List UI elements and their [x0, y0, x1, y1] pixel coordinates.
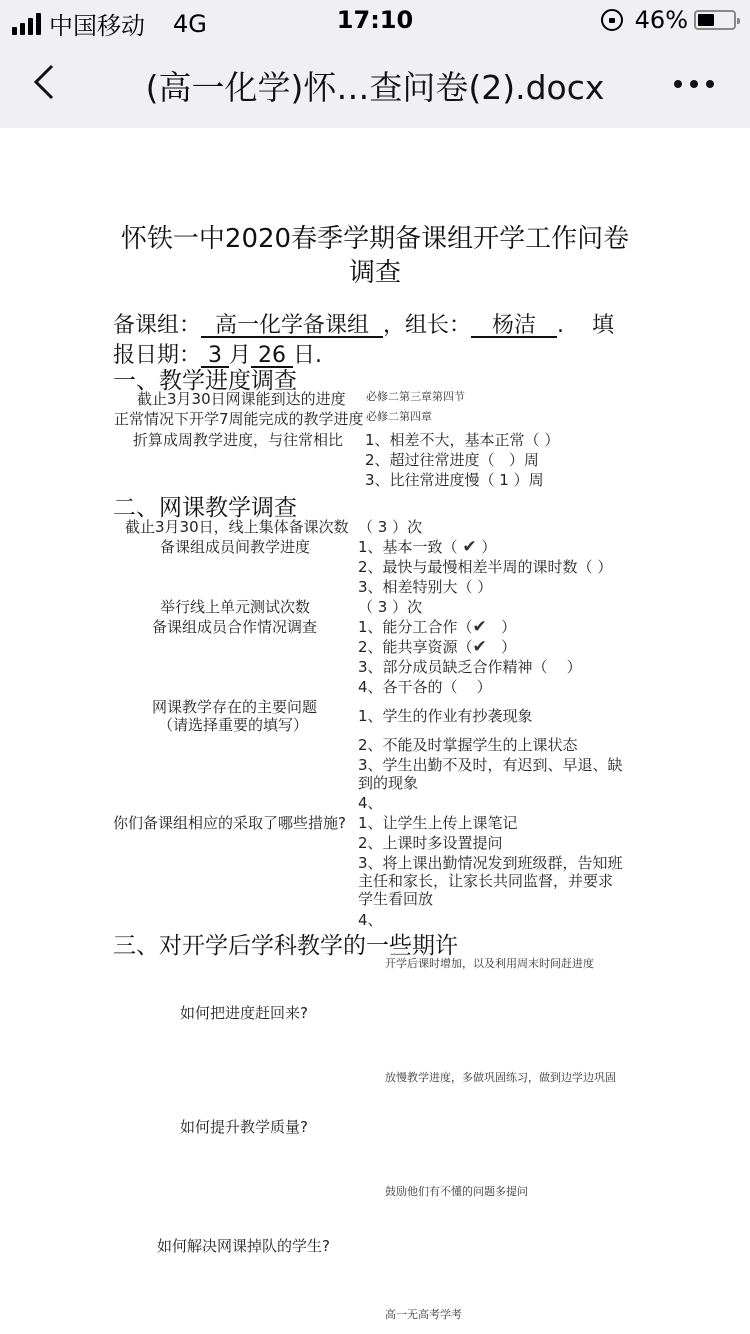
- s2-q3-answer: （ 3 ）次: [358, 596, 422, 617]
- s2-q6-option3-cont2: 学生看回放: [358, 888, 433, 909]
- s2-q2-option1: 1、基本一致（ ✔ ）: [358, 536, 496, 557]
- s1-row1-label: 截止3月30日网课能到达的进度: [137, 388, 346, 409]
- group-value: 高一化学备课组: [201, 313, 383, 338]
- s2-q2-option2: 2、最快与最慢相差半周的课时数（ ）: [358, 556, 612, 577]
- status-bar: 中国移动 4G 17:10 46%: [0, 0, 750, 40]
- nav-bar: (高一化学)怀…查问卷(2).docx: [0, 40, 750, 128]
- s2-q5-option1: 1、学生的作业有抄袭现象: [358, 705, 533, 726]
- back-button[interactable]: [30, 62, 60, 102]
- s2-q1-answer: （ 3 ）次: [358, 516, 422, 537]
- s3-answer2: 放慢教学进度，多做巩固练习，做到边学边巩固: [385, 1069, 616, 1085]
- s2-q4-option1: 1、能分工合作（✔ ）: [358, 616, 516, 637]
- top-bar: 中国移动 4G 17:10 46% (高一化学)怀…查问卷(2).docx: [0, 0, 750, 128]
- s2-q2-label: 备课组成员间教学进度: [160, 536, 310, 557]
- s2-q6-label: 你们备课组相应的采取了哪些措施?: [113, 812, 346, 833]
- checkmark-icon: ✔: [473, 617, 487, 637]
- s1-row3-label: 折算成周教学进度，与往常相比: [133, 429, 343, 450]
- status-right: 46%: [601, 6, 736, 34]
- doc-title-line2: 调查: [0, 252, 750, 289]
- checkmark-icon: ✔: [473, 637, 487, 657]
- header-line1: 备课组： 高一化学备课组 ，组长： 杨洁 . 填: [113, 308, 614, 339]
- s3-answer4: 高一无高考学考: [385, 1306, 462, 1322]
- s2-q4-option4: 4、各干各的（ ）: [358, 676, 492, 697]
- s1-option3: 3、比往常进度慢（ 1 ）周: [365, 469, 544, 490]
- document-title: (高一化学)怀…查问卷(2).docx: [100, 62, 650, 109]
- leader-value: 杨洁: [471, 313, 557, 338]
- checkmark-icon: ✔: [462, 537, 476, 557]
- s2-q3-label: 举行线上单元测试次数: [160, 596, 310, 617]
- s2-q4-label: 备课组成员合作情况调查: [152, 616, 317, 637]
- s2-q4-option2: 2、能共享资源（✔ ）: [358, 636, 516, 657]
- leader-label: ，组长：: [383, 313, 471, 338]
- s3-answer1: 开学后课时增加，以及利用周末时间赶进度: [385, 955, 594, 971]
- s3-question3: 如何解决网课掉队的学生?: [157, 1235, 330, 1256]
- day-label: 日.: [293, 343, 322, 368]
- s1-row1-answer: 必修二第三章第四节: [366, 388, 465, 404]
- s2-q5-option3-cont: 到的现象: [358, 772, 418, 793]
- s2-q4-option3: 3、部分成员缺乏合作精神（ ）: [358, 656, 582, 677]
- battery-percent: 46%: [635, 6, 688, 34]
- battery-icon: [694, 10, 736, 30]
- s2-q5-option2: 2、不能及时掌握学生的上课状态: [358, 734, 578, 755]
- s3-question1: 如何把进度赶回来?: [180, 1002, 308, 1023]
- ellipsis-icon: [674, 80, 682, 88]
- group-label: 备课组：: [113, 313, 201, 338]
- fill-label: . 填: [557, 313, 614, 338]
- document-page: 怀铁一中2020春季学期备课组开学工作问卷 调查 备课组： 高一化学备课组 ，组…: [0, 128, 750, 1334]
- s1-option1: 1、相差不大，基本正常（ ）: [365, 429, 559, 450]
- s1-option2: 2、超过往常进度（ ）周: [365, 449, 539, 470]
- s2-q1-label: 截止3月30日，线上集体备课次数: [125, 516, 349, 537]
- more-button[interactable]: [674, 80, 714, 88]
- s3-question2: 如何提升教学质量?: [180, 1116, 308, 1137]
- rotation-lock-icon: [601, 9, 623, 31]
- s2-q5-label-line2: （请选择重要的填写）: [158, 714, 308, 735]
- s3-answer3: 鼓励他们有不懂的问题多提问: [385, 1183, 528, 1199]
- s1-row2-label: 正常情况下开学7周能完成的教学进度: [114, 408, 364, 429]
- chevron-left-icon: [30, 62, 60, 102]
- s2-q5-option4: 4、: [358, 792, 383, 813]
- s2-q6-option2: 2、上课时多设置提问: [358, 832, 503, 853]
- s2-q2-option3: 3、相差特别大（ ）: [358, 576, 492, 597]
- s1-row2-answer: 必修二第四章: [366, 408, 432, 424]
- doc-title-line1: 怀铁一中2020春季学期备课组开学工作问卷: [0, 218, 750, 255]
- s2-q6-option1: 1、让学生上传上课笔记: [358, 812, 518, 833]
